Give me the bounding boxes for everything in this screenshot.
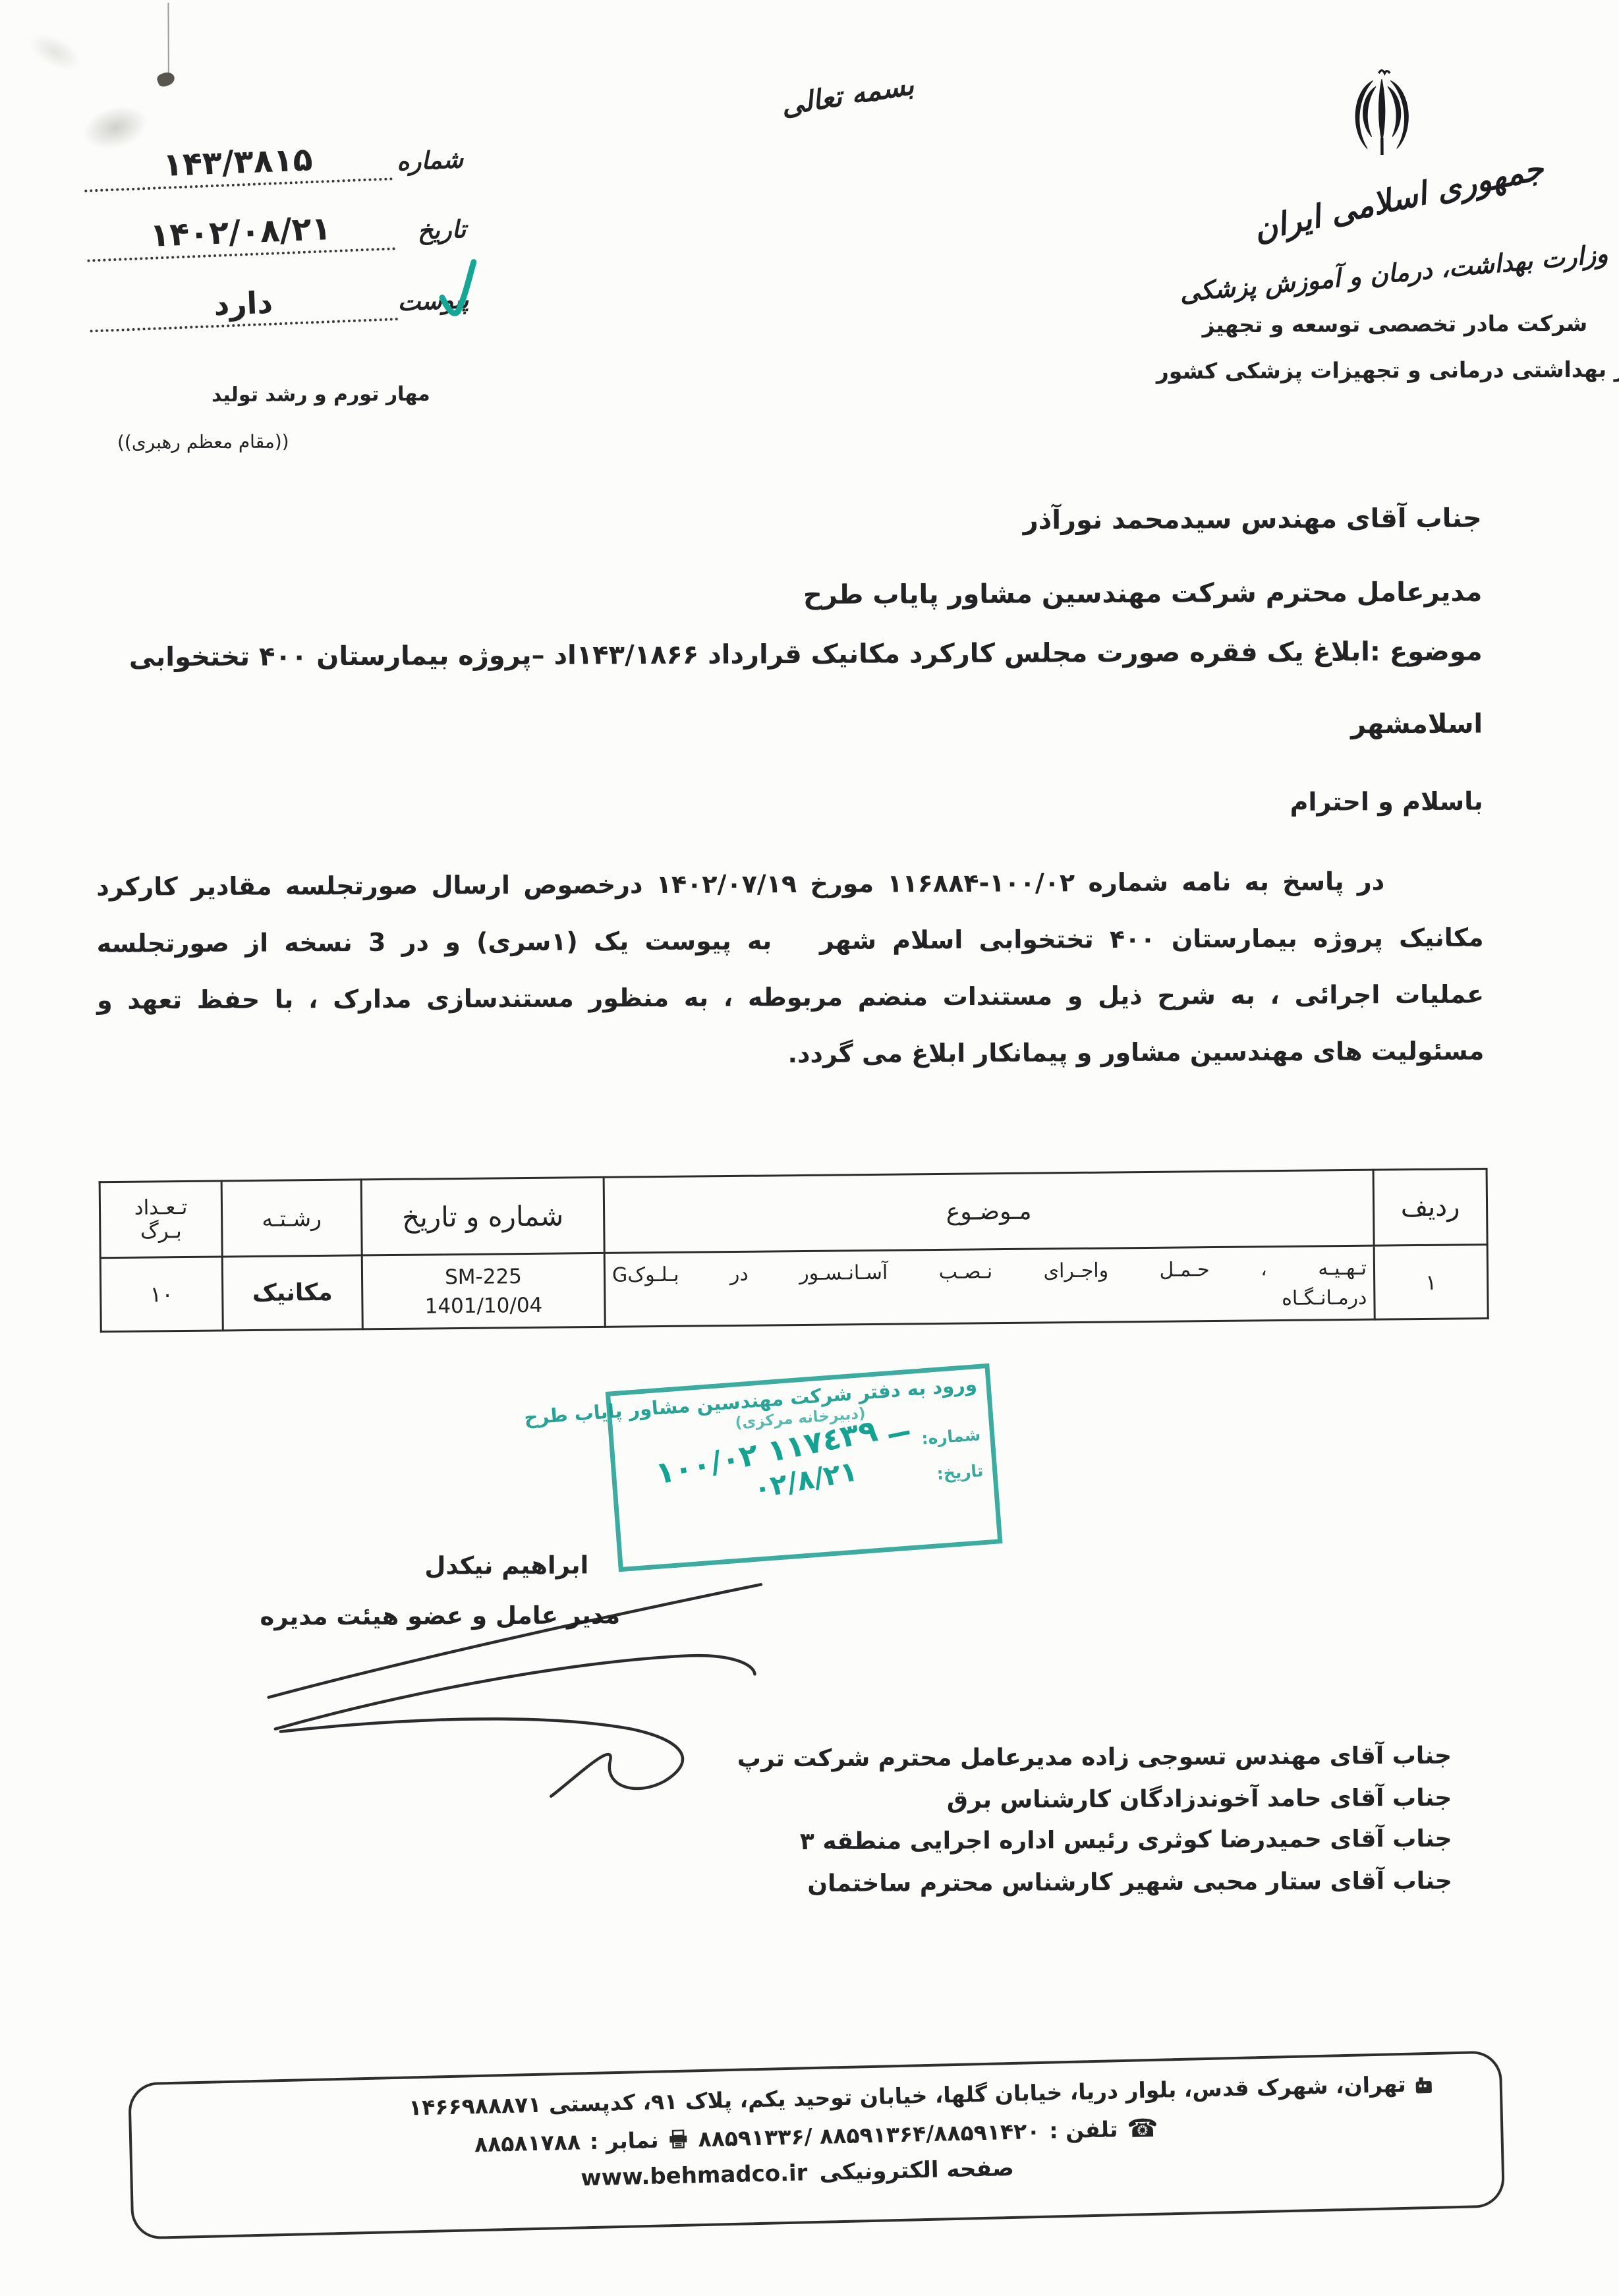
cc-recipient: جناب آقای حامد آخوندزادگان کارشناس برق: [947, 1785, 1452, 1814]
ref-attachment-value: دارد: [213, 285, 273, 322]
table-row: ۱ تـهـیـه ، حـمـل واجـرای نـصـب آسـانـسـ…: [100, 1245, 1488, 1332]
letterhead-org-line1: شرکت مادر تخصصی توسعه و تجهیز: [1202, 310, 1545, 337]
col-header-subject: مـوضـوع: [604, 1170, 1374, 1253]
ref-attachment-line: دارد: [88, 279, 398, 332]
body-line: در پاسخ به نامه شماره ۱۰۰/۰۲-۱۱۶۸۸۴ مورخ…: [96, 853, 1483, 915]
ref-attachment-row: پیوست دارد: [88, 277, 469, 333]
cell-number-date: SM-225 1401/10/04: [362, 1253, 605, 1329]
stamp-number-label: شماره:: [921, 1425, 981, 1449]
cell-subject: تـهـیـه ، حـمـل واجـرای نـصـب آسـانـسـور…: [604, 1246, 1375, 1327]
salutation: باسلام و احترام: [1290, 787, 1483, 817]
letter-page: جمهوری اسلامی ایران وزارت بهداشت، درمان …: [0, 0, 1619, 2296]
cell-subject-line1: تـهـیـه ، حـمـل واجـرای نـصـب آسـانـسـور…: [612, 1256, 1367, 1286]
ref-date-value: ۱۴۰۲/۰۸/۲۱: [149, 210, 331, 254]
cc-recipient: جناب آقای مهندس تسوجی زاده مدیرعامل محتر…: [737, 1742, 1452, 1773]
ref-number-value: ۱۴۳/۳۸۱۵: [162, 140, 313, 184]
col-header-sheet-count: تـعـداد بـرگ: [99, 1181, 222, 1258]
scanned-letter-document: { "colors": {"teal": "#169a8d", "ink": "…: [0, 0, 1619, 2296]
col-header-discipline: رشـتـه: [221, 1180, 362, 1257]
footer-web-label: صفحه الکترونیکی: [819, 2155, 1014, 2186]
address-icon: [1413, 2075, 1434, 2094]
cell-date: 1401/10/04: [370, 1292, 597, 1318]
cell-sheet-count: ۱۰: [100, 1257, 223, 1332]
fax-icon: [667, 2129, 689, 2150]
reference-block: شماره ۱۴۳/۳۸۱۵ تاریخ ۱۴۰۲/۰۸/۲۱ پیوست دا…: [76, 115, 470, 347]
footer-phone-numbers: ۸۸۵۹۱۳۳۶/ ۸۸۵۹۱۳۶۴/۸۸۵۹۱۴۲۰: [698, 2117, 1040, 2151]
slogan-attribution: ((مقام معظم رهبری)): [114, 430, 292, 453]
cell-number: SM-225: [370, 1263, 597, 1289]
cell-discipline: مکانیک: [222, 1255, 362, 1331]
phone-icon: ☎: [1127, 2113, 1158, 2143]
table-header-row: ردیف مـوضـوع شماره و تاریخ رشـتـه تـعـدا…: [99, 1169, 1487, 1258]
year-slogan: مهار تورم و رشد تولید: [212, 383, 429, 407]
body-line: مسئولیت های مهندسین مشاور و پیمانکار ابل…: [97, 1023, 1484, 1085]
footer-website: www.behmadco.ir: [581, 2160, 808, 2191]
body-line: عملیات اجرائی ، به شرح ذیل و مستندات منض…: [97, 966, 1484, 1029]
recipient-title: مدیرعامل محترم شرکت مهندسین مشاور پایاب …: [803, 577, 1483, 610]
scan-ink-spot: [156, 70, 176, 88]
iran-emblem-icon: [1345, 62, 1419, 170]
cc-recipient: جناب آقای حمیدرضا کوثری رئیس اداره اجرای…: [800, 1825, 1452, 1855]
ref-number-label: شماره: [391, 145, 464, 180]
col-header-sheet-count-line2: بـرگ: [107, 1219, 214, 1244]
letterhead-org-line2: مراکز بهداشتی درمانی و تجهیزات پزشکی کشو…: [1156, 357, 1591, 384]
body-paragraph: در پاسخ به نامه شماره ۱۰۰/۰۲-۱۱۶۸۸۴ مورخ…: [96, 853, 1484, 1085]
footer-fax-number: ۸۸۵۸۱۷۸۸: [474, 2129, 581, 2157]
scan-thread-artifact: [167, 3, 169, 79]
col-header-sheet-count-line1: تـعـداد: [107, 1195, 214, 1220]
checkmark-icon: [436, 258, 479, 325]
handwritten-signature: [260, 1563, 772, 1799]
secretariat-stamp: ورود به دفتر شرکت مهندسین مشاور پایاب طر…: [606, 1363, 1003, 1572]
col-header-number-date: شماره و تاریخ: [361, 1177, 604, 1255]
ref-date-label: تاریخ: [394, 215, 467, 250]
letter-subject: موضوع :ابلاغ یک فقره صورت مجلس کارکرد مک…: [97, 637, 1483, 673]
minutes-table: ردیف مـوضـوع شماره و تاریخ رشـتـه تـعـدا…: [99, 1168, 1489, 1333]
cell-row-number: ۱: [1374, 1245, 1488, 1320]
besmele-calligraphy: بسمه تعالی: [751, 64, 944, 127]
col-header-row-number: ردیف: [1373, 1169, 1487, 1246]
recipient-city: اسلامشهر: [1351, 709, 1483, 740]
ref-number-row: شماره ۱۴۳/۳۸۱۵: [83, 134, 464, 192]
footer-contact-box: تهران، شهرک قدس، بلوار دریا، خیابان گلها…: [128, 2050, 1505, 2239]
ref-number-line: ۱۴۳/۳۸۱۵: [83, 137, 393, 192]
letterhead-calligraphy-ministry: وزارت بهداشت، درمان و آموزش پزشکی: [1178, 244, 1555, 307]
scan-smudge: [23, 26, 87, 78]
cell-subject-line2: درمـانـگـاه: [612, 1286, 1367, 1316]
footer-phone-label: تلفن :: [1049, 2116, 1118, 2143]
cc-recipient: جناب آقای ستار محبی شهیر کارشناس محترم س…: [807, 1868, 1452, 1897]
recipient-name: جناب آقای مهندس سیدمحمد نورآذر: [1023, 503, 1482, 536]
body-line: مکانیک پروژه بیمارستان ۴۰۰ تختخوابی اسلا…: [96, 909, 1483, 972]
footer-fax-label: نمابر :: [590, 2127, 659, 2154]
ref-date-line: ۱۴۰۲/۰۸/۲۱: [86, 207, 395, 262]
stamp-date-label: تاریخ:: [936, 1461, 984, 1483]
ref-date-row: تاریخ ۱۴۰۲/۰۸/۲۱: [86, 204, 467, 262]
